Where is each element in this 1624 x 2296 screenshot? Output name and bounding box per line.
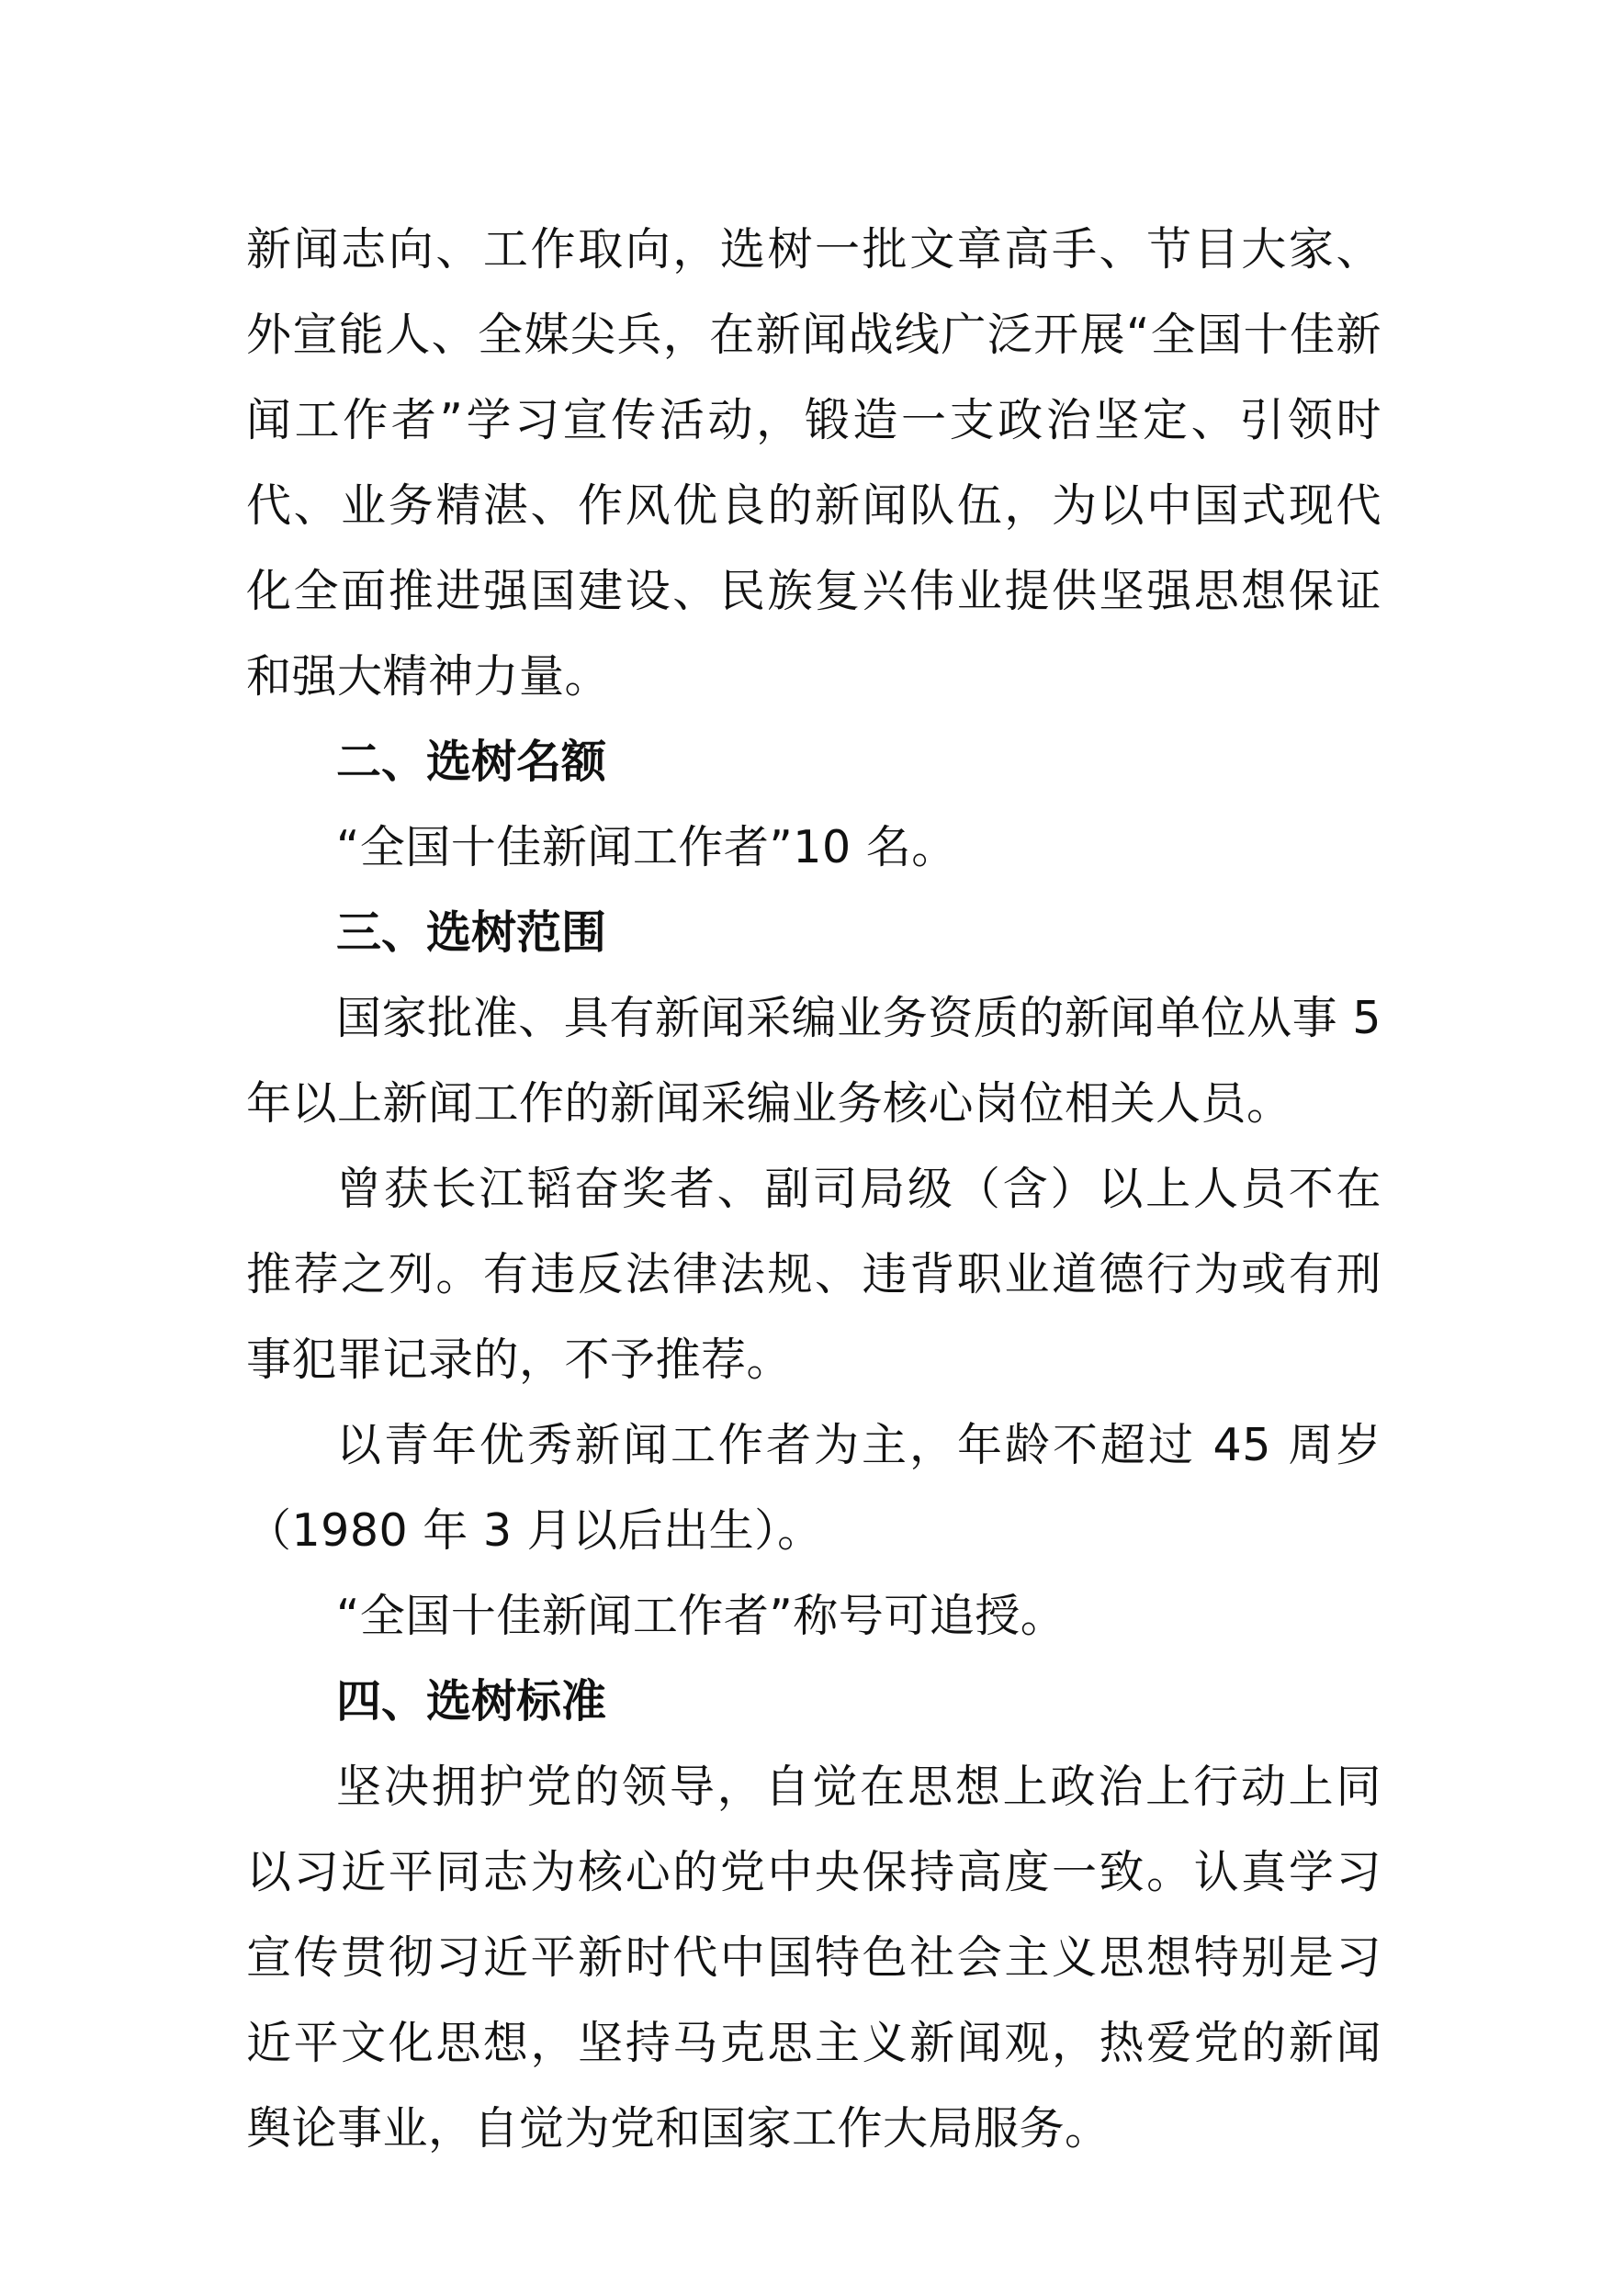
paragraph-scope-eligibility: 国家批准、具有新闻采编业务资质的新闻单位从事 5 年以上新闻工作的新闻采编业务核…	[246, 975, 1382, 1146]
paragraph-scope-posthumous: “全国十佳新闻工作者”称号可追授。	[246, 1573, 1382, 1659]
paragraph-purpose-continued: 新闻志向、工作取向，选树一批文章高手、节目大家、外宣能人、全媒尖兵，在新闻战线广…	[246, 207, 1382, 719]
paragraph-criteria-political: 坚决拥护党的领导，自觉在思想上政治上行动上同以习近平同志为核心的党中央保持高度一…	[246, 1744, 1382, 2171]
paragraph-scope-age: 以青年优秀新闻工作者为主，年龄不超过 45 周岁（1980 年 3 月以后出生）…	[246, 1402, 1382, 1573]
section-heading-criteria: 四、选树标准	[246, 1659, 1382, 1744]
document-page: 新闻志向、工作取向，选树一批文章高手、节目大家、外宣能人、全媒尖兵，在新闻战线广…	[246, 207, 1382, 2171]
section-heading-quota: 二、选树名额	[246, 719, 1382, 805]
paragraph-quota: “全国十佳新闻工作者”10 名。	[246, 805, 1382, 890]
paragraph-scope-exclusions: 曾获长江韬奋奖者、副司局级（含）以上人员不在推荐之列。有违反法律法规、违背职业道…	[246, 1146, 1382, 1402]
section-heading-scope: 三、选树范围	[246, 890, 1382, 975]
